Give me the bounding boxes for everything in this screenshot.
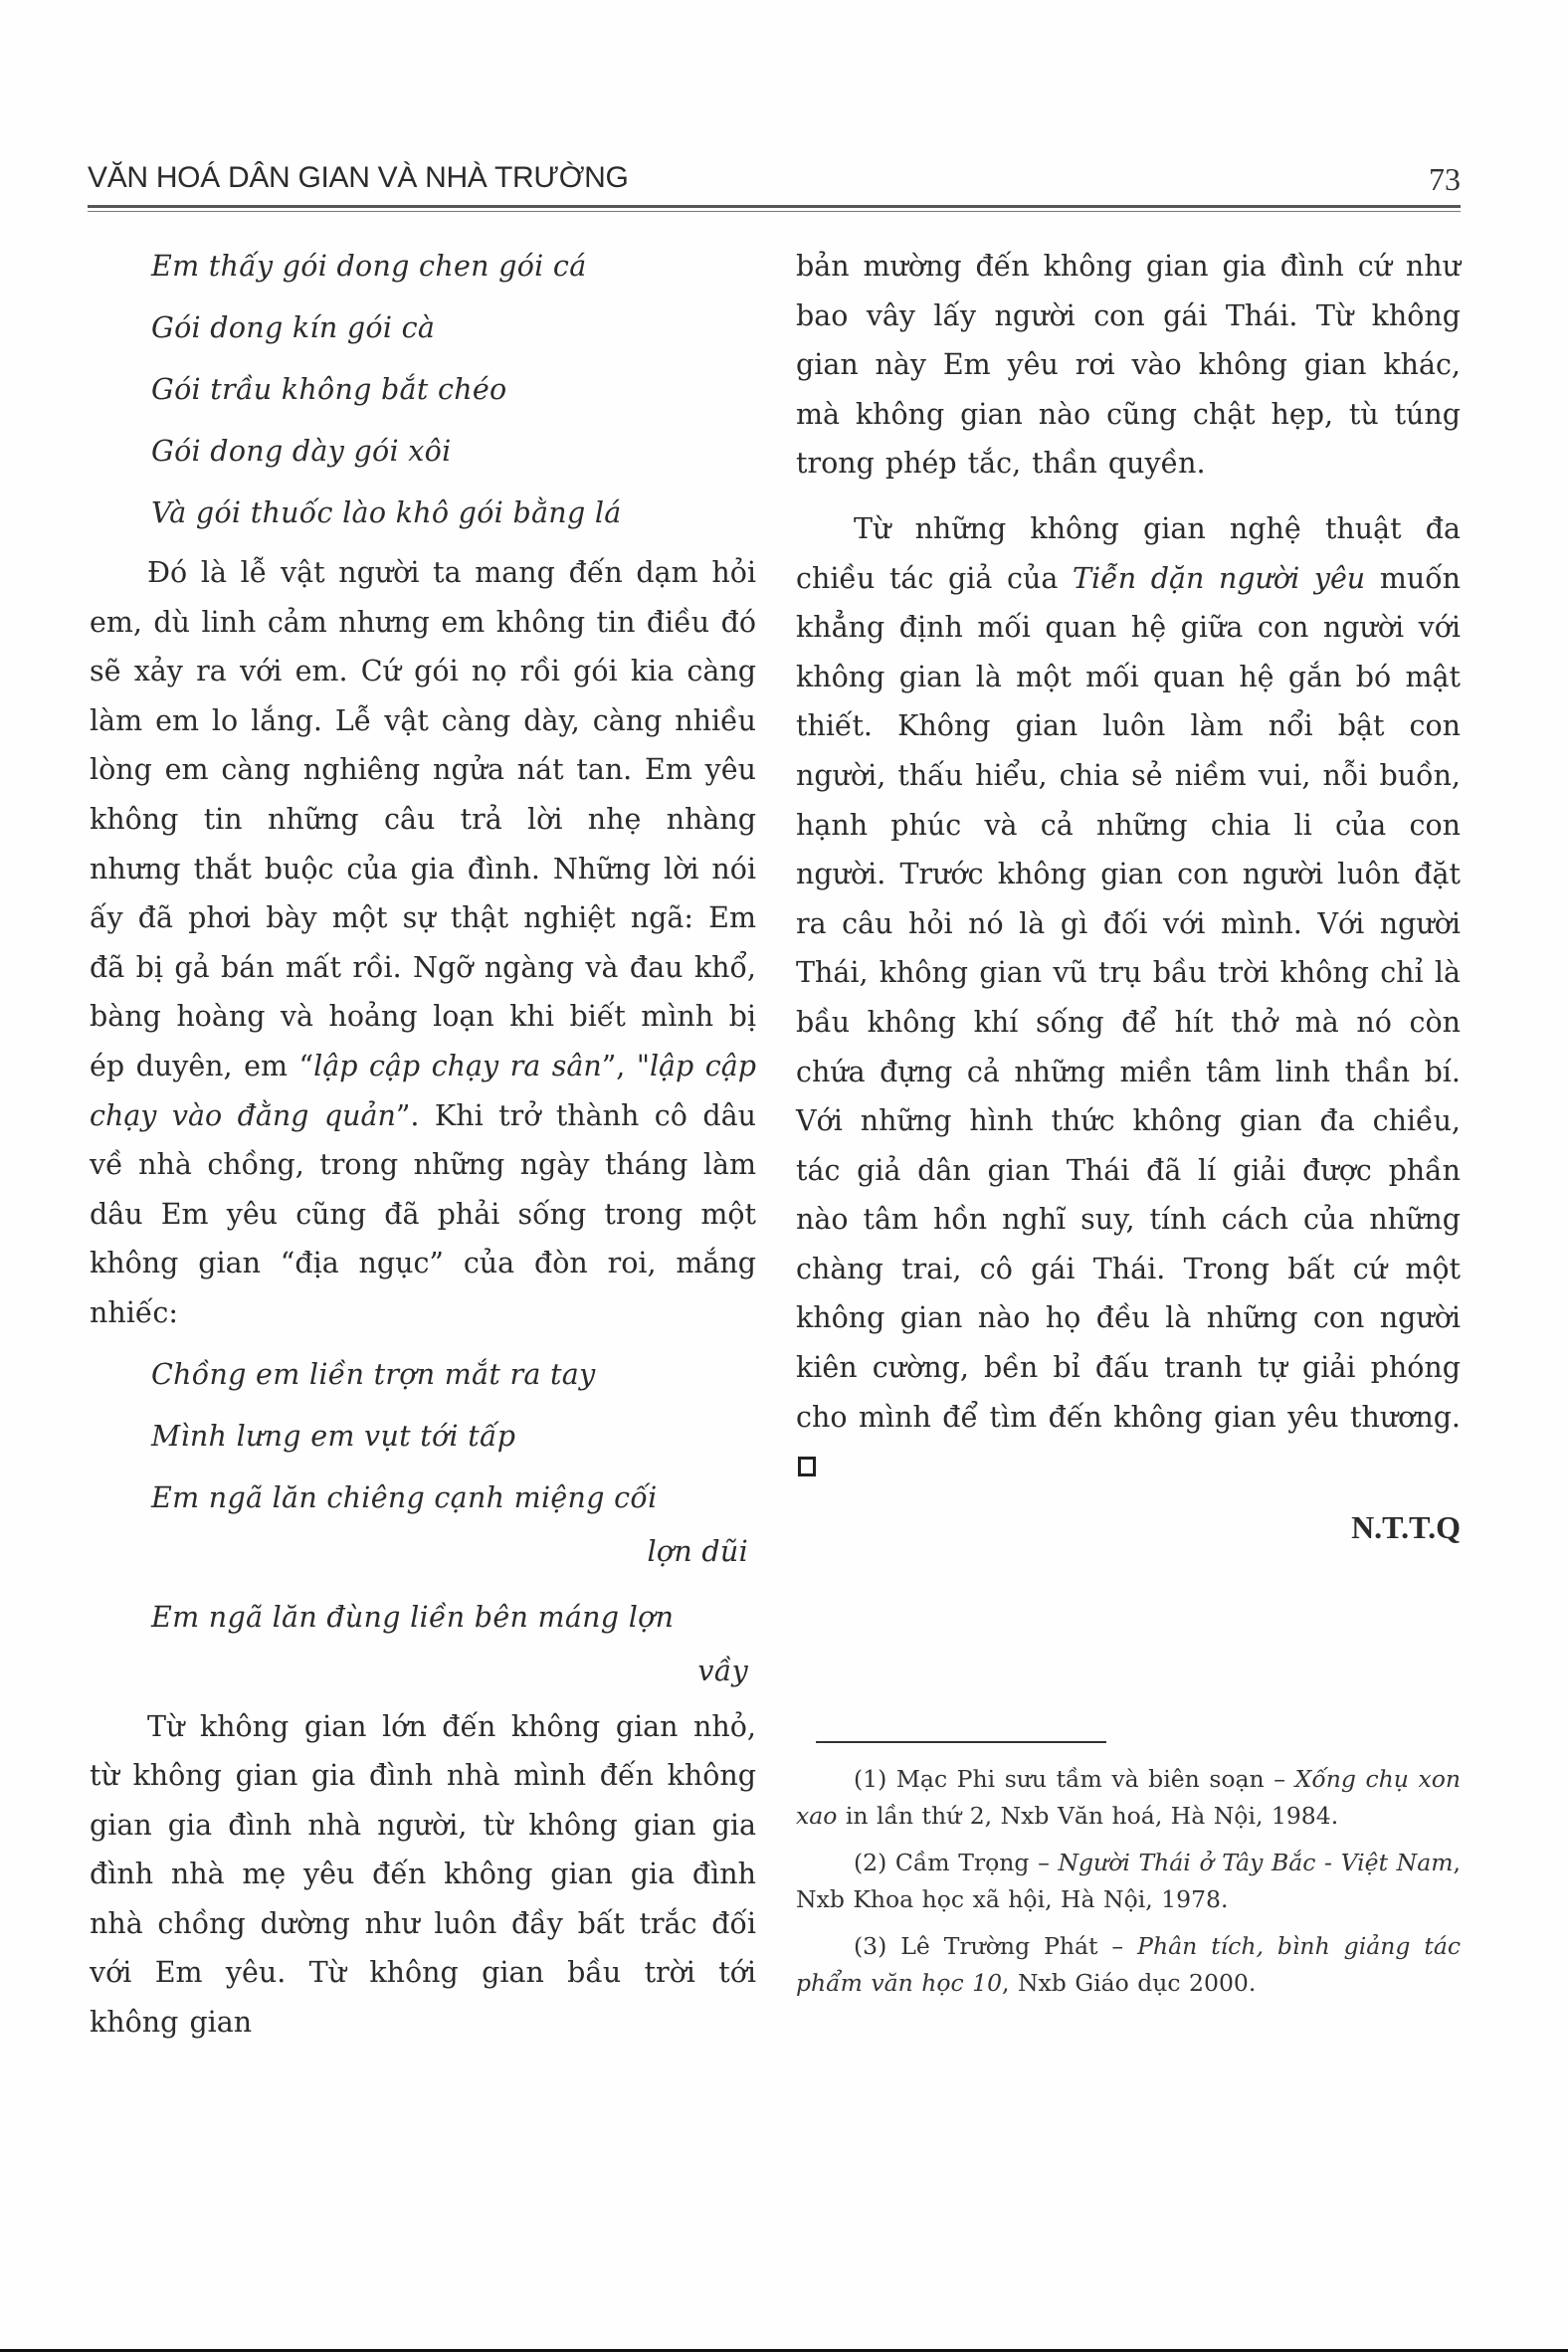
paragraph-conclusion: Từ những không gian nghệ thuật đa chiều … <box>796 504 1461 1491</box>
footnote-text: Cầm Trọng – <box>895 1849 1059 1876</box>
verse-line: Em ngã lăn đùng liền bên máng lợn <box>151 1587 756 1649</box>
running-title: VĂN HOÁ DÂN GIAN VÀ NHÀ TRƯỜNG <box>88 161 629 195</box>
footnote-number: (1) <box>854 1765 886 1793</box>
footnote-2: (2) Cầm Trọng – Người Thái ở Tây Bắc - V… <box>796 1845 1461 1918</box>
verse-line: Mình lưng em vụt tới tấp <box>151 1406 756 1468</box>
footnote-number: (3) <box>854 1932 886 1960</box>
page-number: 73 <box>1429 161 1461 198</box>
verse-line-continuation: lợn dũi <box>151 1529 756 1575</box>
paragraph-text: ”, " <box>602 1050 650 1082</box>
quote-italic: lập cập chạy ra sân <box>313 1050 602 1082</box>
footnote-text: Lê Trường Phát – <box>900 1932 1137 1960</box>
footnotes: (1) Mạc Phi sưu tầm và biên soạn – Xống … <box>796 1761 1461 2012</box>
verse-line: Em ngã lăn chiêng cạnh miệng cối <box>151 1468 756 1529</box>
paragraph-text: ”. Khi trở thành cô dâu về nhà chồng, tr… <box>90 1099 756 1329</box>
author-signature: N.T.T.Q <box>796 1503 1461 1553</box>
right-column: bản mường đến không gian gia đình cứ như… <box>796 242 1461 1552</box>
footnote-3: (3) Lê Trường Phát – Phân tích, bình giả… <box>796 1928 1461 2002</box>
verse-line: Gói trầu không bắt chéo <box>151 359 756 421</box>
end-of-article-square-icon <box>798 1457 816 1476</box>
verse-line: Chồng em liền trợn mắt ra tay <box>151 1344 756 1406</box>
verse-line: Gói dong dày gói xôi <box>151 421 756 483</box>
verse-line-continuation: vầy <box>151 1649 756 1694</box>
verse-block-1: Em thấy gói dong chen gói cá Gói dong kí… <box>151 236 756 544</box>
verse-block-2: Chồng em liền trợn mắt ra tay Mình lưng … <box>151 1344 756 1694</box>
footnote-text: , Nxb Giáo dục 2000. <box>1002 1969 1256 1997</box>
paragraph-text: Đó là lễ vật người ta mang đến dạm hỏi e… <box>90 556 756 1082</box>
work-title-italic: Tiễn dặn người yêu <box>1073 562 1365 595</box>
running-header: VĂN HOÁ DÂN GIAN VÀ NHÀ TRƯỜNG 73 <box>88 159 1461 199</box>
paragraph-gifts: Đó là lễ vật người ta mang đến dạm hỏi e… <box>90 548 756 1338</box>
footnote-text: Mạc Phi sưu tầm và biên soạn – <box>896 1765 1295 1793</box>
footnote-rule <box>816 1741 1106 1743</box>
footnote-1: (1) Mạc Phi sưu tầm và biên soạn – Xống … <box>796 1761 1461 1835</box>
paragraph-text: muốn khẳng định mối quan hệ giữa con ngư… <box>796 562 1461 1434</box>
book-page: VĂN HOÁ DÂN GIAN VÀ NHÀ TRƯỜNG 73 Em thấ… <box>0 0 1568 2352</box>
verse-line: Em thấy gói dong chen gói cá <box>151 236 756 297</box>
footnote-title: Người Thái ở Tây Bắc - Việt Nam <box>1058 1849 1453 1876</box>
verse-line: Và gói thuốc lào khô gói bằng lá <box>151 483 756 544</box>
paragraph-spaces: Từ không gian lớn đến không gian nhỏ, từ… <box>90 1702 756 2048</box>
footnote-number: (2) <box>854 1849 886 1876</box>
verse-line: Gói dong kín gói cà <box>151 297 756 359</box>
footnote-text: in lần thứ 2, Nxb Văn hoá, Hà Nội, 1984. <box>837 1802 1338 1830</box>
header-double-rule <box>88 205 1461 212</box>
paragraph-continuation: bản mường đến không gian gia đình cứ như… <box>796 242 1461 489</box>
left-column: Em thấy gói dong chen gói cá Gói dong kí… <box>90 242 756 2048</box>
